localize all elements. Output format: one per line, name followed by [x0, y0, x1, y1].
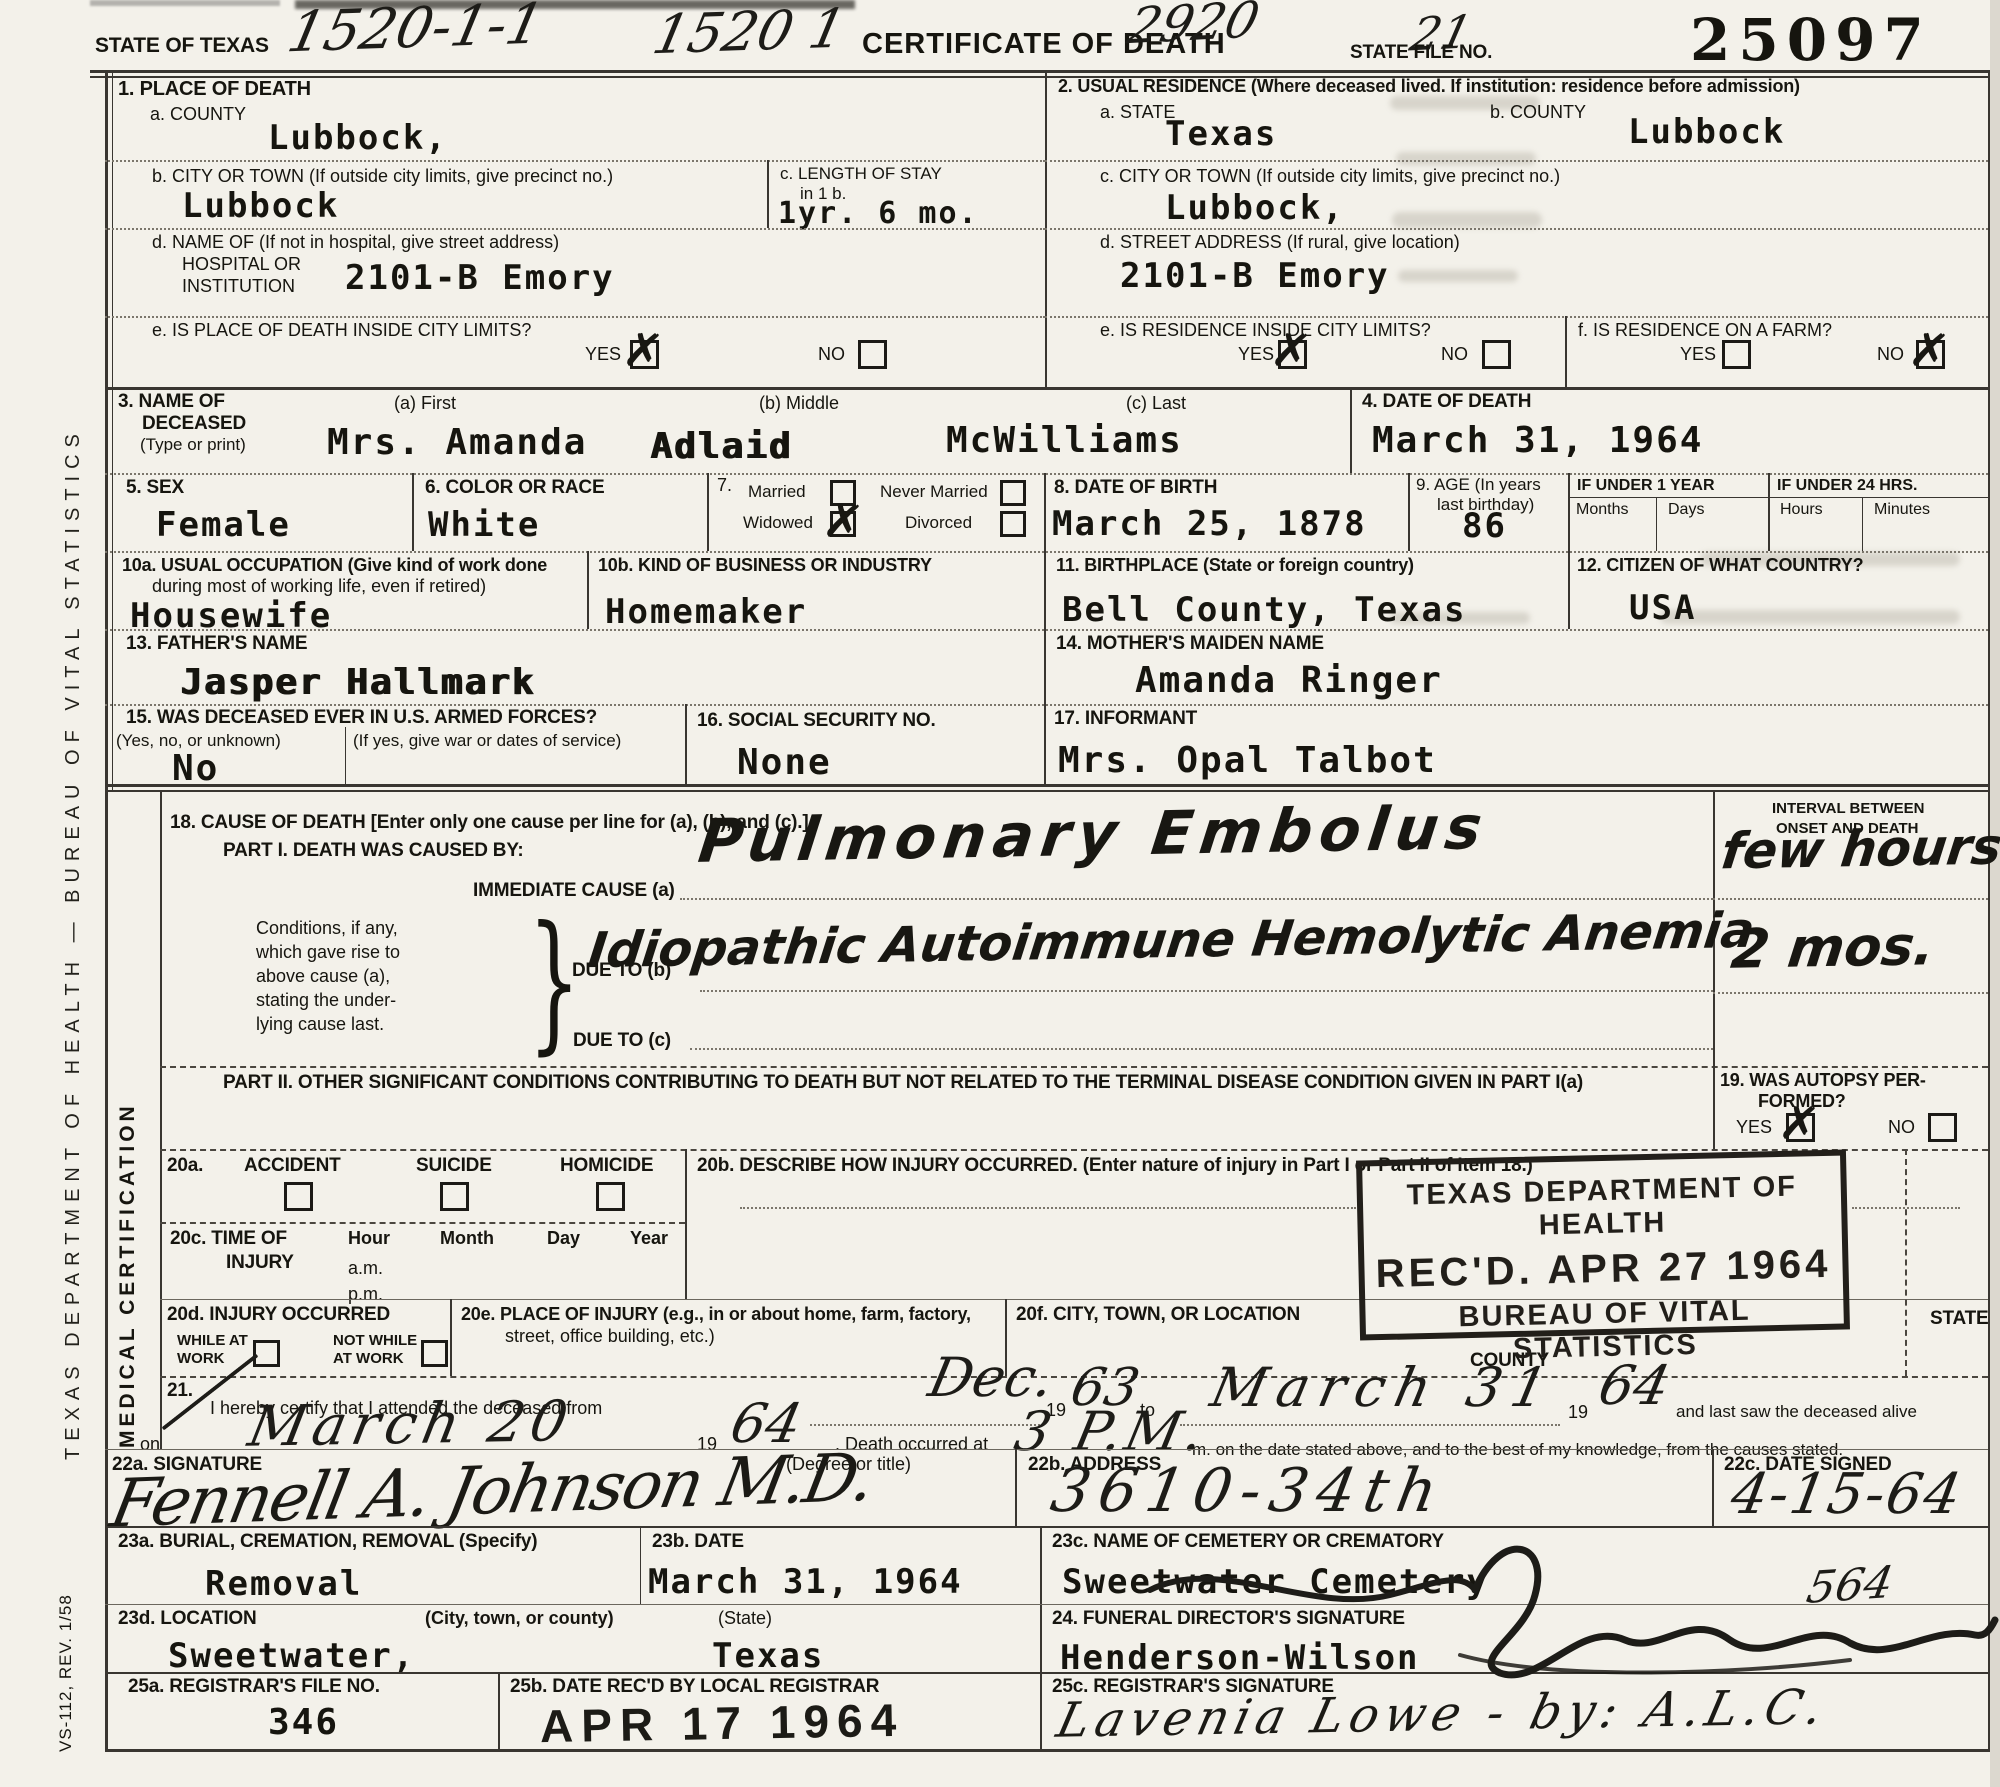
dob-label: 8. DATE OF BIRTH — [1054, 477, 1217, 499]
pod-yes-label: YES — [585, 344, 621, 365]
part1-label: PART I. DEATH WAS CAUSED BY: — [223, 840, 524, 862]
autopsy-yes-label: YES — [1736, 1117, 1772, 1138]
interval-a-line — [1713, 898, 1988, 900]
suicide-checkbox — [440, 1182, 469, 1211]
state-of-texas-label: STATE OF TEXAS — [95, 34, 269, 58]
autopsy-label-1: 19. WAS AUTOPSY PER- — [1720, 1070, 1926, 1091]
section-line-2 — [105, 790, 1988, 792]
time-of-injury-label-2: INJURY — [226, 1252, 294, 1274]
under-24-label: IF UNDER 24 HRS. — [1777, 477, 1917, 495]
divider — [1044, 473, 1046, 551]
never-married-checkbox — [1000, 480, 1026, 506]
bleedthrough-smudge — [1660, 610, 1960, 624]
certificate-number: 25097 — [1690, 6, 1932, 74]
bleedthrough-smudge — [1396, 152, 1536, 165]
birthplace-label: 11. BIRTHPLACE (State or foreign country… — [1056, 555, 1414, 576]
farm-yes-checkbox — [1722, 340, 1751, 369]
year-label: Year — [630, 1228, 668, 1249]
mother-label: 14. MOTHER'S MAIDEN NAME — [1056, 633, 1324, 655]
hospital-value: 2101-B Emory — [345, 258, 615, 298]
row-line — [105, 160, 1045, 162]
cause-a-line — [680, 898, 1713, 900]
minutes-label: Minutes — [1874, 501, 1930, 519]
ur-city-value: Lubbock, — [1165, 188, 1345, 228]
ur-street-value: 2101-B Emory — [1120, 256, 1390, 296]
hospital-label-1: d. NAME OF (If not in hospital, give str… — [152, 232, 559, 253]
divider — [412, 473, 414, 551]
industry-label: 10b. KIND OF BUSINESS OR INDUSTRY — [598, 555, 932, 576]
ur-state-value: Texas — [1165, 114, 1277, 154]
burial-label: 23a. BURIAL, CREMATION, REMOVAL (Specify… — [118, 1531, 537, 1553]
ur-county-label: b. COUNTY — [1490, 102, 1586, 123]
location-city-value: Sweetwater, — [168, 1636, 415, 1676]
sex-label: 5. SEX — [126, 477, 184, 499]
date-signed-value: 4-15-64 — [1726, 1462, 1967, 1527]
row-line — [1045, 160, 1988, 162]
divider — [1656, 497, 1657, 551]
accident-label: ACCIDENT — [244, 1155, 341, 1177]
never-married-label: Never Married — [880, 482, 988, 502]
divider — [450, 1299, 452, 1376]
received-stamp: TEXAS DEPARTMENT OF HEALTH REC'D. APR 27… — [1356, 1149, 1850, 1340]
location-label: 23d. LOCATION — [118, 1608, 257, 1630]
injury-occurred-label: 20d. INJURY OCCURRED — [167, 1304, 390, 1326]
pod-city-limits-label: e. IS PLACE OF DEATH INSIDE CITY LIMITS? — [152, 320, 531, 341]
state-file-no-label: STATE FILE NO. — [1350, 42, 1492, 64]
row-line — [105, 1449, 1988, 1450]
divider — [1408, 473, 1410, 551]
ur-county-value: Lubbock — [1628, 112, 1785, 152]
row-line — [160, 1149, 1988, 1151]
suicide-label: SUICIDE — [416, 1155, 492, 1177]
agency-vertical-text: TEXAS DEPARTMENT OF HEALTH — BUREAU OF V… — [62, 270, 85, 1460]
divider — [1768, 473, 1770, 551]
section-line — [105, 784, 1988, 787]
stay-value: 1yr. 6 mo. — [778, 196, 979, 231]
armed-forces-sub2: (If yes, give war or dates of service) — [353, 731, 621, 751]
armed-forces-label: 15. WAS DECEASED EVER IN U.S. ARMED FORC… — [126, 707, 597, 729]
place-of-death-title: 1. PLACE OF DEATH — [118, 78, 311, 101]
citizen-label: 12. CITIZEN OF WHAT COUNTRY? — [1577, 555, 1863, 576]
months-label: Months — [1576, 501, 1628, 519]
interval-a-value: few hours — [1718, 818, 2000, 881]
name-label-1: 3. NAME OF — [118, 391, 225, 413]
while-at-label-1: WHILE AT — [177, 1332, 248, 1349]
farm-no-label: NO — [1877, 344, 1904, 365]
burial-date-value: March 31, 1964 — [648, 1562, 963, 1602]
row-line — [105, 551, 1988, 553]
pod-no-label: NO — [818, 344, 845, 365]
registrar-file-value: 346 — [268, 1702, 339, 1743]
father-label: 13. FATHER'S NAME — [126, 633, 307, 655]
row-line — [105, 704, 1988, 706]
burial-value: Removal — [205, 1564, 362, 1604]
conditions-note-4: stating the under- — [256, 990, 396, 1011]
not-while-at-work-checkbox — [421, 1340, 448, 1367]
sub-line — [1568, 497, 1988, 498]
last-name-value: McWilliams — [946, 420, 1183, 461]
occupation-label-2: during most of working life, even if ret… — [152, 576, 486, 597]
on-label: on — [140, 1434, 160, 1455]
location-sub2: (State) — [718, 1608, 772, 1629]
hours-label: Hours — [1780, 501, 1823, 519]
informant-label: 17. INFORMANT — [1054, 708, 1197, 730]
ur-farm-label: f. IS RESIDENCE ON A FARM? — [1578, 320, 1832, 341]
date-of-death-label: 4. DATE OF DEATH — [1362, 391, 1531, 413]
death-certificate-scan: TEXAS DEPARTMENT OF HEALTH — BUREAU OF V… — [0, 0, 2000, 1787]
pm-label: p.m. — [348, 1284, 383, 1305]
place-of-injury-label-1: 20e. PLACE OF INJURY (e.g., in or about … — [461, 1304, 971, 1325]
stay-label-1: c. LENGTH OF STAY — [780, 164, 942, 184]
blank-line — [810, 1424, 1040, 1426]
form-border-bottom — [105, 1749, 1988, 1752]
medical-section-inner-border — [160, 790, 162, 1449]
row-line — [1045, 316, 1988, 318]
autopsy-yes-checkbox — [1786, 1113, 1815, 1142]
due-to-b-value: Idiopathic Autoimmune Hemolytic Anemia — [585, 902, 1758, 979]
bleedthrough-smudge — [1392, 212, 1542, 228]
usual-residence-title: 2. USUAL RESIDENCE (Where deceased lived… — [1058, 76, 1800, 97]
handwritten-file-number-1: 1520-1-1 — [282, 0, 550, 65]
injury-divider — [685, 1149, 687, 1299]
accident-checkbox — [284, 1182, 313, 1211]
sex-value: Female — [156, 505, 291, 545]
bleedthrough-smudge — [1398, 270, 1518, 282]
injury-num-label: 20a. — [167, 1155, 203, 1177]
citizen-value: USA — [1629, 588, 1696, 628]
certification-num-label: 21. — [167, 1380, 193, 1402]
row-line — [105, 473, 1988, 475]
widowed-label: Widowed — [743, 513, 813, 533]
location-state-value: Texas — [712, 1636, 824, 1676]
form-border-left — [105, 70, 108, 1752]
hospital-label-2: HOSPITAL OR — [182, 254, 301, 275]
divider — [1712, 1449, 1714, 1526]
father-value: Jasper Hallmark — [180, 662, 535, 703]
married-label: Married — [748, 482, 806, 502]
informant-value: Mrs. Opal Talbot — [1058, 740, 1437, 781]
row-line — [160, 1222, 685, 1224]
certify-text-2: and last saw the deceased alive — [1676, 1402, 1917, 1422]
ssn-value: None — [737, 742, 832, 783]
pod-inside-city-yes-checkbox — [630, 340, 659, 369]
name-label-2: DECEASED — [142, 413, 246, 435]
pod-county-value: Lubbock, — [268, 118, 448, 158]
divider — [1044, 704, 1046, 784]
address-value: 3610-34th — [1046, 1456, 1451, 1526]
injury-state-label: STATE — [1930, 1308, 1988, 1330]
under-1yr-label: IF UNDER 1 YEAR — [1577, 477, 1715, 495]
hw-to-year: 64 — [1593, 1354, 1675, 1417]
not-while-label-1: NOT WHILE — [333, 1332, 417, 1349]
age-label-1: 9. AGE (In years — [1416, 475, 1541, 495]
form-border-left-inner — [112, 70, 113, 790]
first-name-value: Mrs. Amanda — [327, 422, 587, 463]
divider — [345, 727, 346, 784]
divider — [1015, 1449, 1017, 1526]
dob-value: March 25, 1878 — [1052, 504, 1367, 544]
day-label: Day — [547, 1228, 580, 1249]
ur-inside-city-yes-checkbox — [1278, 340, 1307, 369]
conditions-note-1: Conditions, if any, — [256, 918, 398, 939]
part2-label: PART II. OTHER SIGNIFICANT CONDITIONS CO… — [223, 1072, 1583, 1094]
name-label-3: (Type or print) — [140, 435, 246, 455]
place-of-injury-label-2: street, office building, etc.) — [505, 1326, 715, 1347]
farm-yes-label: YES — [1680, 344, 1716, 365]
ssn-label: 16. SOCIAL SECURITY NO. — [697, 710, 936, 732]
conditions-note-5: lying cause last. — [256, 1014, 384, 1035]
divider — [685, 704, 687, 784]
form-code-vertical-text: VS-112, REV. 1/58 — [56, 1552, 76, 1752]
last-name-label: (c) Last — [1126, 393, 1186, 414]
burial-date-label: 23b. DATE — [652, 1531, 744, 1553]
year-prefix-2: 19 — [1568, 1402, 1588, 1423]
form-border-right — [1988, 70, 1990, 1752]
row-line — [105, 1526, 1988, 1528]
occupation-label-1: 10a. USUAL OCCUPATION (Give kind of work… — [122, 555, 547, 576]
divider — [498, 1672, 500, 1749]
race-label: 6. COLOR OR RACE — [425, 477, 604, 499]
registrar-file-label: 25a. REGISTRAR'S FILE NO. — [128, 1676, 380, 1698]
stamp-line-1: TEXAS DEPARTMENT OF HEALTH — [1362, 1170, 1841, 1247]
industry-value: Homemaker — [605, 592, 807, 632]
farm-no-checkbox — [1916, 340, 1945, 369]
row-line — [105, 316, 1045, 318]
ur-city-label: c. CITY OR TOWN (If outside city limits,… — [1100, 166, 1560, 187]
am-label: a.m. — [348, 1258, 383, 1279]
immediate-cause-value: Pulmonary Embolus — [695, 793, 1493, 877]
funeral-director-signature-scribble — [1130, 1535, 2000, 1695]
autopsy-no-label: NO — [1888, 1117, 1915, 1138]
cause-b-line — [700, 990, 1713, 992]
form-border-top — [90, 70, 1990, 73]
pod-city-label: b. CITY OR TOWN (If outside city limits,… — [152, 166, 613, 187]
date-of-death-value: March 31, 1964 — [1372, 420, 1703, 461]
location-sub1: (City, town, or county) — [425, 1608, 614, 1629]
scan-edge-band — [1990, 0, 2000, 1787]
name-date-divider — [1350, 387, 1352, 473]
conditions-note-3: above cause (a), — [256, 966, 390, 987]
interval-label-1: INTERVAL BETWEEN — [1772, 800, 1925, 817]
due-to-c-label: DUE TO (c) — [573, 1030, 671, 1052]
homicide-checkbox — [596, 1182, 625, 1211]
ur-street-label: d. STREET ADDRESS (If rural, give locati… — [1100, 232, 1460, 253]
mother-value: Amanda Ringer — [1135, 660, 1443, 701]
days-label: Days — [1668, 501, 1704, 519]
not-while-label-2: AT WORK — [333, 1350, 404, 1367]
armed-forces-value: No — [172, 748, 219, 789]
handwritten-state-file-1: 2920 — [1122, 0, 1265, 55]
residence-farm-divider — [1565, 316, 1567, 387]
first-name-label: (a) First — [394, 393, 456, 414]
row-line — [105, 228, 1045, 230]
county-state-dashed-divider — [1905, 1149, 1907, 1376]
describe-answer-line — [740, 1207, 1356, 1209]
section-line — [105, 387, 1988, 390]
injury-location-label: 20f. CITY, TOWN, OR LOCATION — [1016, 1304, 1300, 1326]
medical-certification-vertical-text: MEDICAL CERTIFICATION — [116, 948, 140, 1448]
stamp-line-2: REC'D. APR 27 1964 — [1364, 1242, 1843, 1298]
age-value: 86 — [1462, 506, 1507, 546]
divorced-checkbox — [1000, 511, 1026, 537]
ur-inside-city-no-checkbox — [1482, 340, 1511, 369]
date-recd-stamp: APR 17 1964 — [540, 1693, 905, 1753]
homicide-label: HOMICIDE — [560, 1155, 653, 1177]
conditions-note-2: which gave rise to — [256, 942, 400, 963]
birthplace-value: Bell County, Texas — [1062, 590, 1466, 630]
divider — [1044, 551, 1046, 629]
middle-name-label: (b) Middle — [759, 393, 839, 414]
autopsy-no-checkbox — [1928, 1113, 1957, 1142]
cause-c-line — [690, 1048, 1713, 1050]
divider — [1568, 551, 1570, 629]
divider — [1040, 1526, 1042, 1749]
divider — [640, 1526, 641, 1604]
while-at-work-checkbox — [253, 1340, 280, 1367]
hospital-label-3: INSTITUTION — [182, 276, 295, 297]
interval-b-value: 2 mos. — [1728, 914, 1939, 981]
pod-inside-city-no-checkbox — [858, 340, 887, 369]
divider — [1568, 473, 1570, 551]
middle-name-value: Adlaid — [650, 426, 792, 467]
row-line — [1045, 228, 1988, 230]
handwritten-file-number-2: 1520 1 — [647, 0, 851, 66]
divider — [1044, 629, 1046, 704]
time-of-injury-label-1: 20c. TIME OF — [170, 1228, 287, 1250]
pod-county-label: a. COUNTY — [150, 104, 246, 125]
ur-city-limits-label: e. IS RESIDENCE INSIDE CITY LIMITS? — [1100, 320, 1431, 341]
divorced-label: Divorced — [905, 513, 972, 533]
length-of-stay-divider — [767, 160, 769, 228]
ur-no-label: NO — [1441, 344, 1468, 365]
hour-label: Hour — [348, 1228, 390, 1249]
pod-city-value: Lubbock — [182, 186, 339, 226]
race-value: White — [428, 505, 540, 545]
scan-smudge — [90, 0, 280, 6]
divider — [1862, 497, 1863, 551]
widowed-checkbox — [830, 511, 856, 537]
row-line — [105, 629, 1988, 631]
month-label: Month — [440, 1228, 494, 1249]
autopsy-divider — [1713, 1066, 1715, 1149]
marital-label: 7. — [717, 475, 732, 496]
blank-line — [1180, 1424, 1560, 1426]
divider — [707, 473, 709, 551]
interval-b-line — [1713, 992, 1988, 994]
hw-to-date: March 31 — [1205, 1356, 1563, 1419]
while-at-label-2: WORK — [177, 1350, 225, 1367]
divider — [587, 551, 589, 629]
